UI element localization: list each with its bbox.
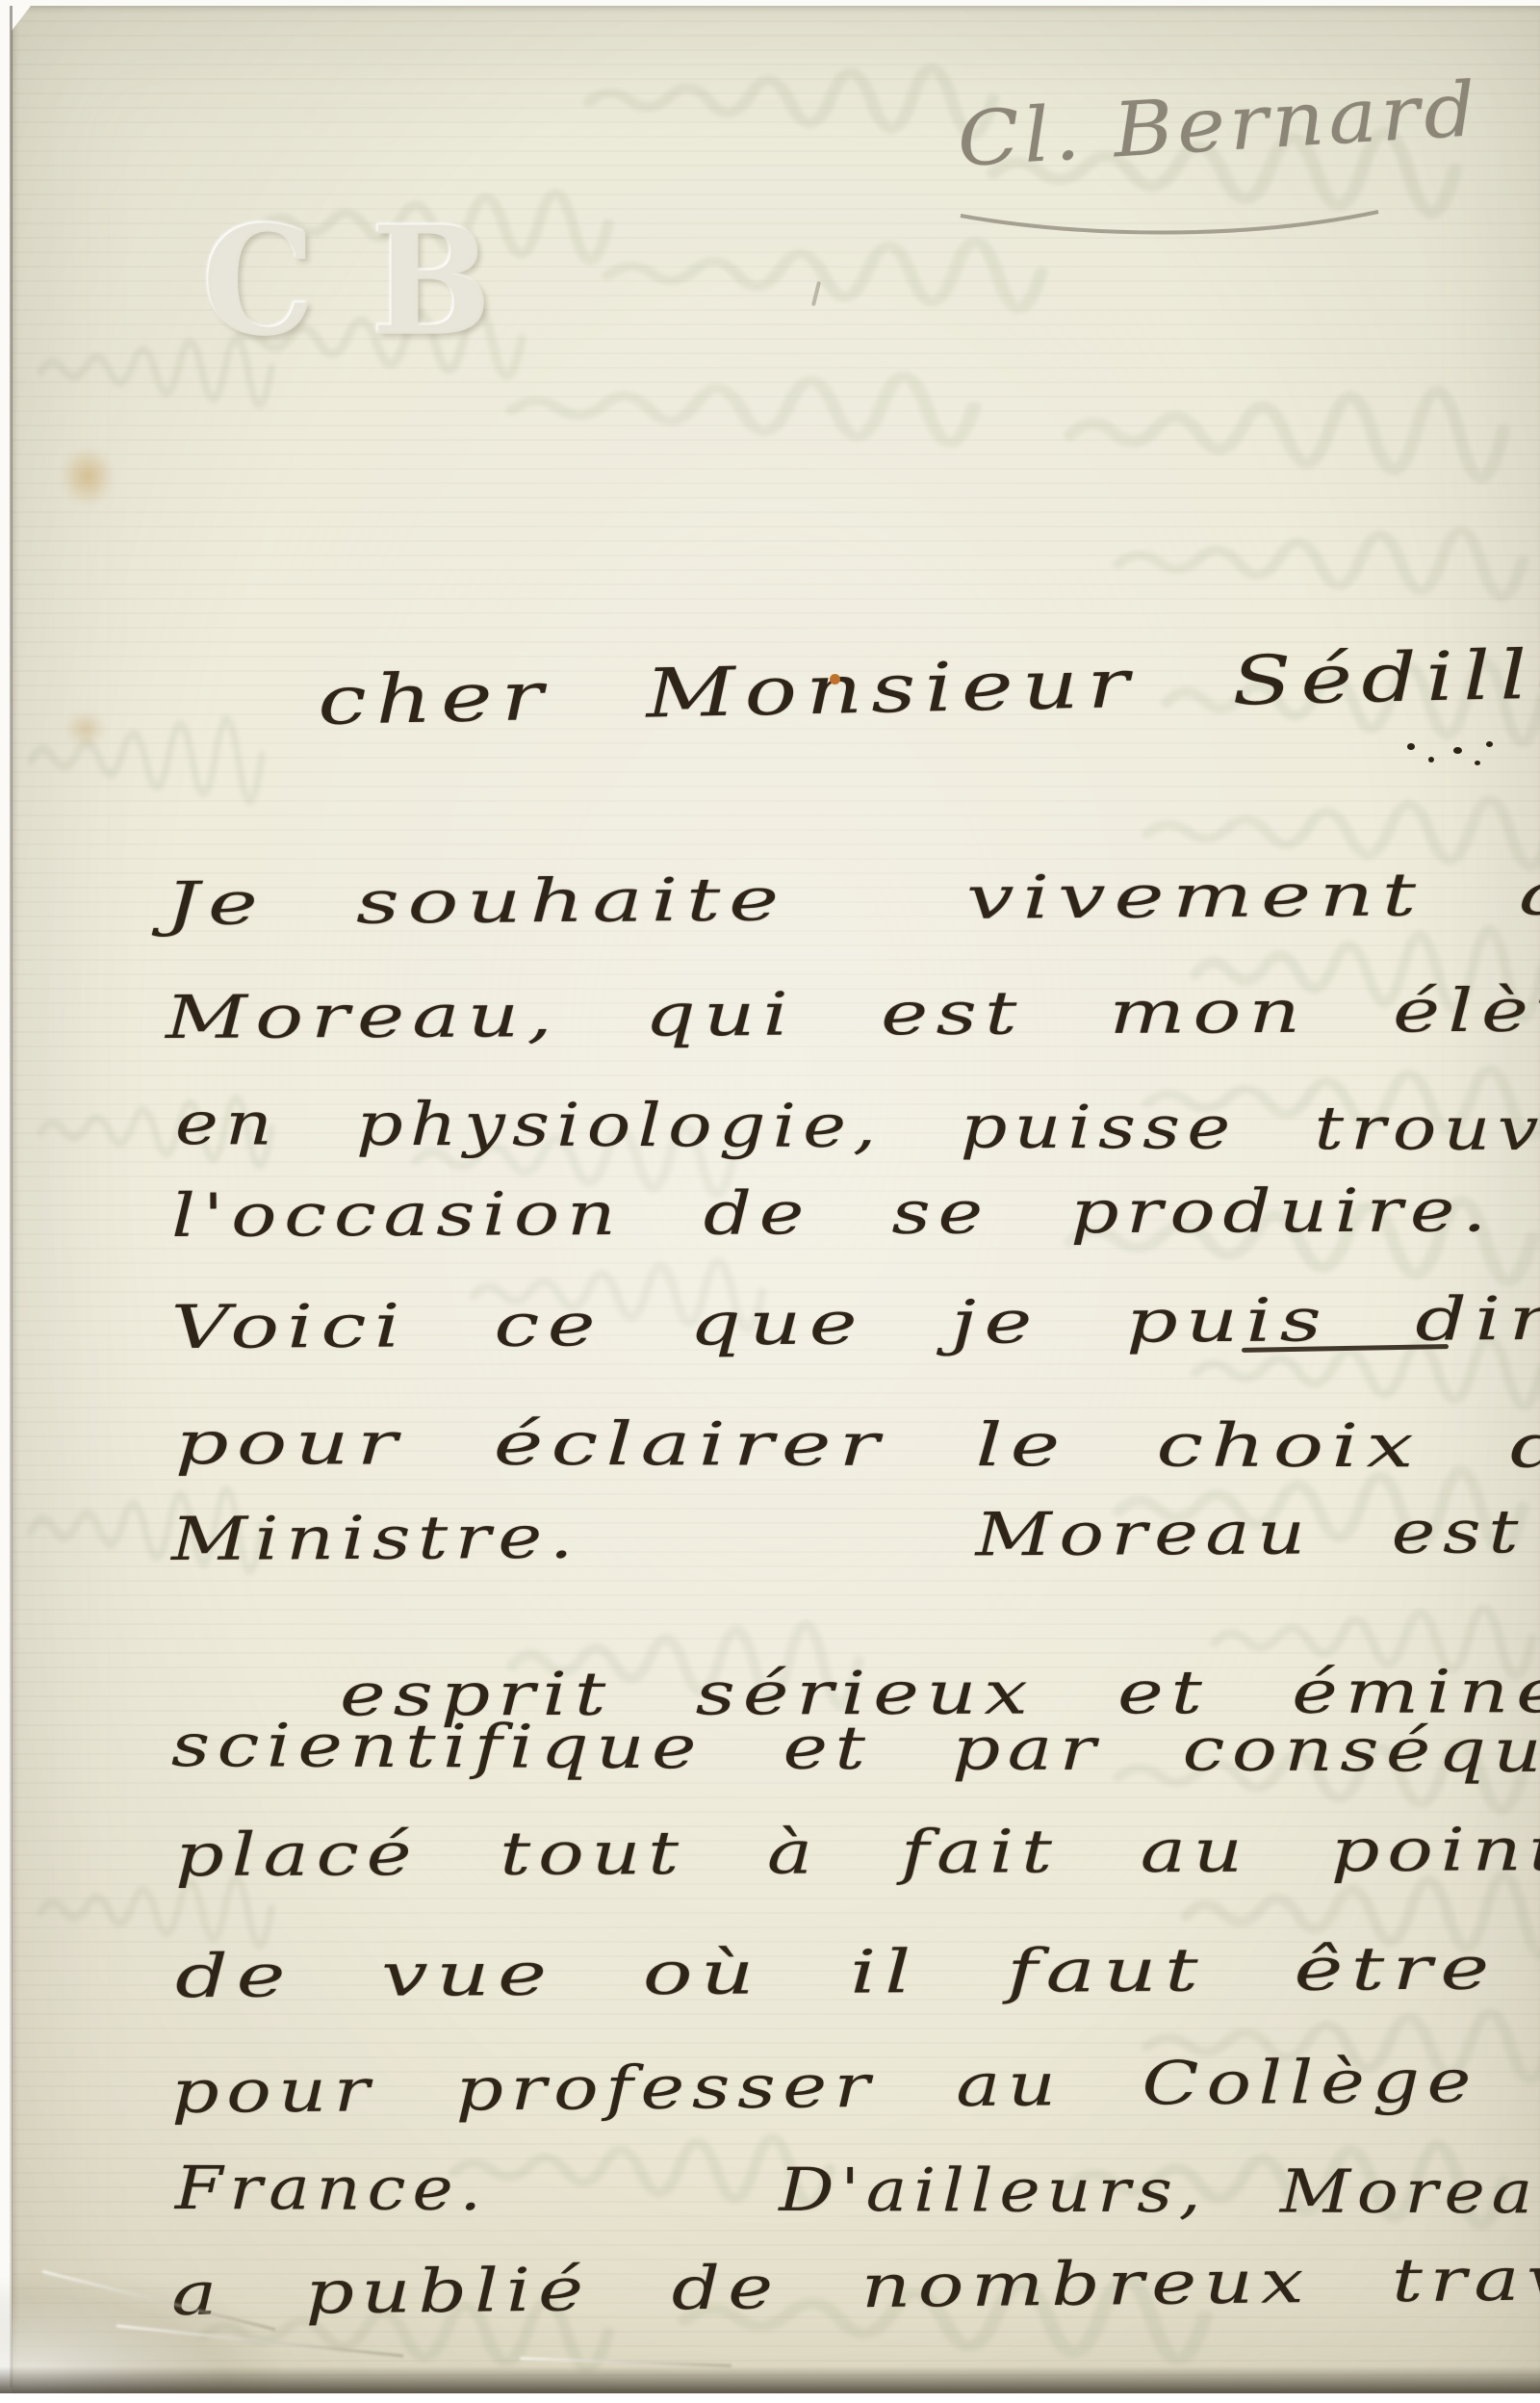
- manuscript-line: Je souhaite vivement que: [166, 863, 1540, 934]
- manuscript-line: esprit sérieux et éminemment: [175, 1601, 1540, 1725]
- manuscript-line: pour professer au Collège de: [171, 2050, 1540, 2122]
- stain: [56, 703, 115, 755]
- scan-edge-shadow: [0, 2366, 1540, 2393]
- ink-speck: [1475, 761, 1480, 765]
- manuscript-line: l'occasion de se produire.: [171, 1180, 1494, 1246]
- stain: [50, 435, 125, 518]
- manuscript-line: a publié de nombreux travaux: [170, 2247, 1540, 2324]
- manuscript-line: placé tout à fait au point: [175, 1820, 1540, 1885]
- ink-speck: [1428, 757, 1434, 762]
- scanned-letter-page: { "annotation": { "text": "Cl. Bernard" …: [0, 0, 1540, 2403]
- ink-speck: [1407, 743, 1415, 750]
- ink-speck: [1486, 741, 1493, 747]
- scan-background-strip: [0, 2393, 1540, 2403]
- manuscript-line: Ministre. Moreau est un: [171, 1501, 1540, 1569]
- manuscript-line: scientifique et par conséquent: [171, 1716, 1540, 1782]
- annotation-underline: [953, 204, 1386, 252]
- scan-edge-line: [10, 6, 13, 2388]
- manuscript-line: Moreau, qui est mon élève: [166, 980, 1540, 1047]
- manuscript-line: France. D'ailleurs, Moreau: [175, 2158, 1540, 2222]
- manuscript-line: pour éclairer le choix du: [175, 1413, 1540, 1477]
- ink-speck: [1453, 747, 1462, 754]
- ink-speck: [830, 674, 840, 685]
- embossed-monogram: CB: [202, 206, 548, 355]
- manuscript-line: de vue où il faut être: [175, 1938, 1498, 2006]
- manuscript-line: en physiologie, puisse trouver: [175, 1094, 1540, 1160]
